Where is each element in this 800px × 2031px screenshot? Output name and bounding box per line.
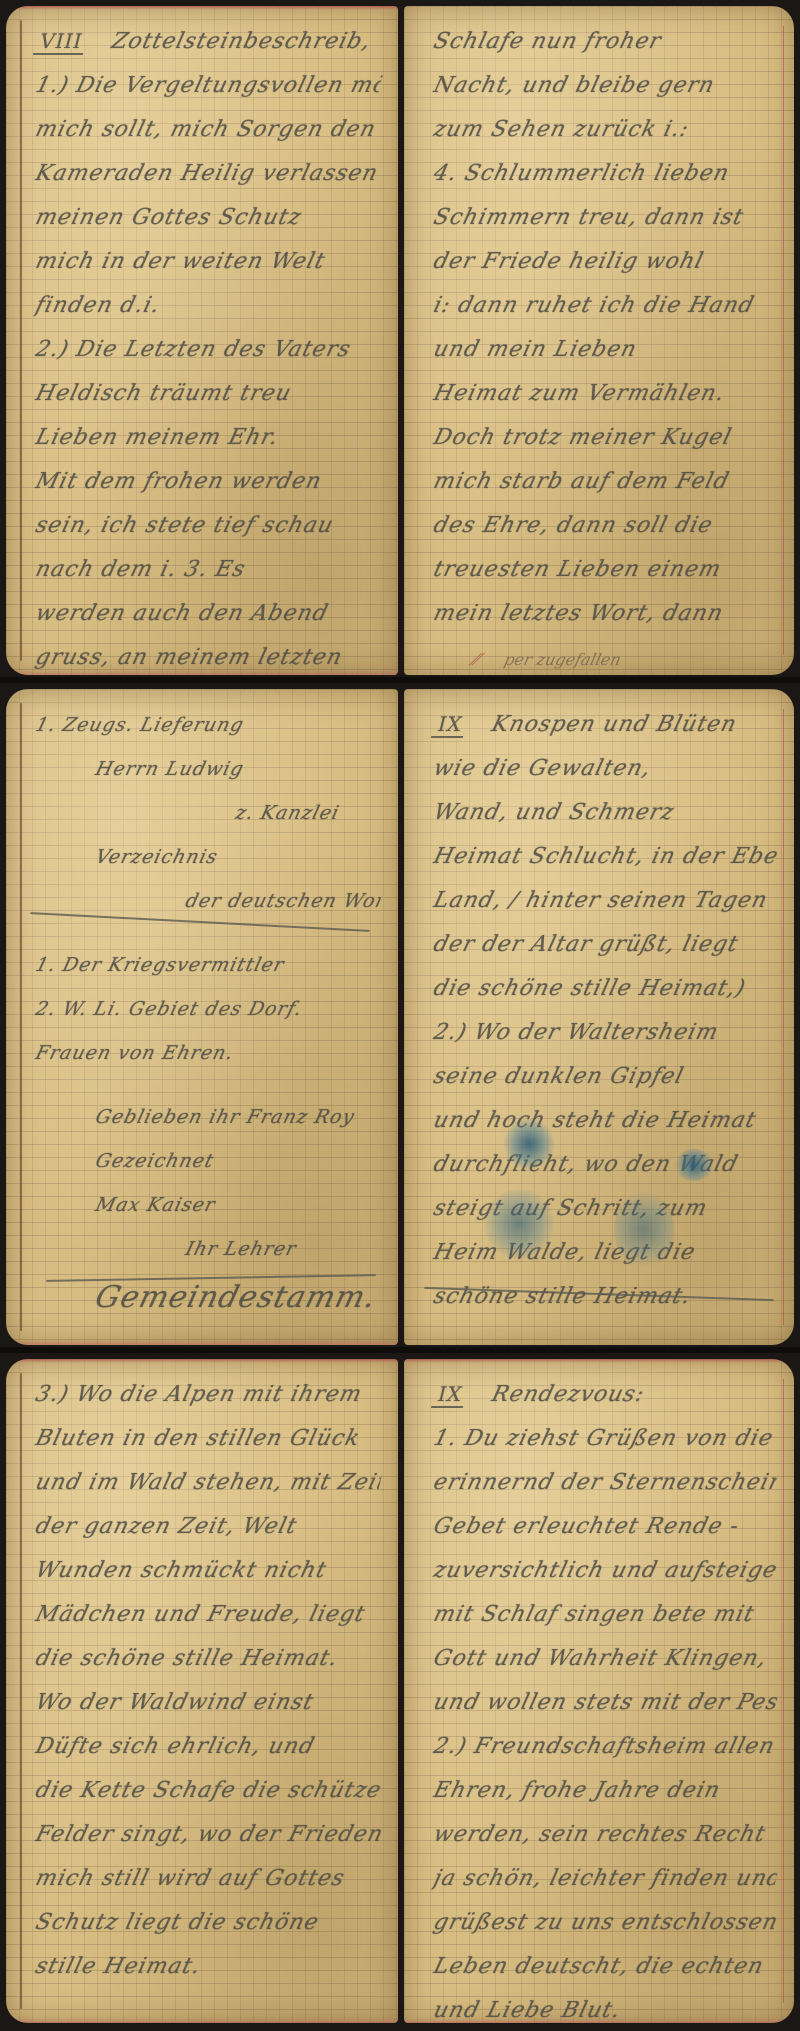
handwritten-line: Heimat zum Vermählen. (429, 372, 782, 416)
closing-line: Gezeichnet (31, 1139, 386, 1183)
handwritten-line: Gebet erleuchtet Rende - (429, 1505, 782, 1549)
handwritten-line: werden auch den Abend (31, 592, 386, 636)
handwritten-line: zuversichtlich und aufsteigen (429, 1549, 782, 1593)
section-numeral: VIII (33, 29, 90, 55)
handwritten-line: mich starb auf dem Feld (429, 460, 782, 504)
handwritten-line: 1.) Die Vergeltungsvollen mögen (31, 64, 386, 108)
handwritten-line: die Kette Schafe die schützen (31, 1769, 386, 1813)
handwritten-line: Kameraden Heilig verlassen (31, 152, 386, 196)
ink-stain (484, 1189, 554, 1259)
section-heading: VIII Zottelsteinbeschreib, (31, 20, 386, 64)
handwritten-line: i: dann ruhet ich die Hand (429, 284, 782, 328)
handwritten-text-block: 3.) Wo die Alpen mit ihrem Bluten in den… (36, 1373, 380, 1989)
notebook-spread-1: VIII Zottelsteinbeschreib, 1.) Die Verge… (0, 0, 800, 683)
handwritten-line: der ganzen Zeit, Welt (31, 1505, 386, 1549)
ink-stain (674, 1149, 714, 1181)
closing-line: Ihr Lehrer (31, 1227, 386, 1271)
page-top-edge (404, 1359, 794, 1363)
handwritten-line: Gott und Wahrheit Klingen, (429, 1637, 782, 1681)
handwritten-line: mich sollt, mich Sorgen den (31, 108, 386, 152)
handwritten-line: z. Kanzlei (31, 791, 386, 835)
closing-line: Max Kaiser (31, 1183, 386, 1227)
numbered-item: 2. W. Li. Gebiet des Dorf. (31, 987, 386, 1031)
heading-text: Knospen und Blüten (489, 712, 739, 737)
handwritten-line: 2.) Die Letzten des Vaters (31, 328, 386, 372)
section-numeral: IX (431, 1382, 470, 1408)
handwritten-line: 1. Zeugs. Lieferung (31, 703, 386, 747)
handwritten-line: Bluten in den stillen Glück (31, 1417, 386, 1461)
handwritten-line: Lieben meinem Ehr. (31, 416, 386, 460)
section-heading: IX Rendezvous: (429, 1373, 782, 1417)
handwritten-line: der Friede heilig wohl (429, 240, 782, 284)
handwritten-line: steigt auf Schritt, zum (429, 1187, 782, 1231)
ink-stain (504, 1119, 554, 1169)
handwritten-line: Nacht, und bleibe gern (429, 64, 782, 108)
spread-1-right-page: Schlafe nun froher Nacht, und bleibe ger… (404, 6, 794, 675)
handwritten-line: erinnernd der Sternenschein, (429, 1461, 782, 1505)
handwritten-line: Wunden schmückt nicht (31, 1549, 386, 1593)
handwritten-line: und im Wald stehen, mit Zeit (31, 1461, 386, 1505)
numbered-item: 1. Der Kriegsvermittler (31, 943, 386, 987)
handwritten-line: und mein Lieben (429, 328, 782, 372)
handwritten-line: werden, sein rechtes Recht (429, 1813, 782, 1857)
handwritten-line: des Ehre, dann soll die (429, 504, 782, 548)
handwritten-line: Düfte sich ehrlich, und (31, 1725, 386, 1769)
handwritten-line: 2.) Wo der Waltersheim (429, 1011, 782, 1055)
handwritten-line: 4. Schlummerlich lieben (429, 152, 782, 196)
handwritten-line: Mädchen und Freude, liegt (31, 1593, 386, 1637)
handwritten-line: Heim Walde, liegt die (429, 1231, 782, 1275)
handwritten-line: seine dunklen Gipfel (429, 1055, 782, 1099)
handwritten-line: Schutz liegt die schöne (31, 1901, 386, 1945)
footer-scrawl: ⁄⁄ per zugefallen (472, 650, 624, 669)
spread-2-right-page: IX Knospen und Blüten wie die Gewalten, … (404, 689, 794, 1345)
handwritten-line: Doch trotz meiner Kugel (429, 416, 782, 460)
handwritten-line: Heimat Schlucht, in der Ebene (429, 835, 782, 879)
handwritten-text-block: IX Rendezvous: 1. Du ziehst Grüßen von d… (434, 1373, 776, 2023)
closing-line: Geblieben ihr Franz Roy (31, 1095, 386, 1139)
page-bottom-edge (6, 1340, 398, 1345)
handwritten-line: Herrn Ludwig (31, 747, 386, 791)
handwritten-line: mit Schlaf singen bete mit (429, 1593, 782, 1637)
red-pencil-mark: ⁄⁄ (472, 650, 482, 669)
handwritten-line: Felder singt, wo der Frieden (31, 1813, 386, 1857)
spacer (34, 1075, 383, 1095)
handwritten-line: meinen Gottes Schutz (31, 196, 386, 240)
page-bottom-edge (6, 2018, 398, 2023)
handwritten-line: Mit dem frohen werden (31, 460, 386, 504)
handwritten-text-block: 1. Zeugs. Lieferung Herrn Ludwig z. Kanz… (36, 703, 380, 1325)
handwritten-line: Schlafe nun froher (429, 20, 782, 64)
ink-stain (614, 1189, 674, 1269)
handwritten-line: 1. Du ziehst Grüßen von die Gnaden, (429, 1417, 782, 1461)
handwritten-text-block: Schlafe nun froher Nacht, und bleibe ger… (434, 20, 776, 636)
footer-text: per zugefallen (502, 650, 623, 669)
numbered-item: Frauen von Ehren. (31, 1031, 386, 1075)
handwritten-line: Wand, und Schmerz (429, 791, 782, 835)
handwritten-line: 2.) Freundschaftsheim allen (429, 1725, 782, 1769)
handwritten-line: und hoch steht die Heimat (429, 1099, 782, 1143)
handwritten-line: finden d.i. (31, 284, 386, 328)
page-bottom-edge (6, 670, 398, 675)
handwritten-line: stille Heimat. (31, 1945, 386, 1989)
handwritten-line: 3.) Wo die Alpen mit ihrem (31, 1373, 386, 1417)
handwritten-line: mein letztes Wort, dann (429, 592, 782, 636)
handwritten-line: treuesten Lieben einem (429, 548, 782, 592)
handwritten-line: der der Altar grüßt, liegt (429, 923, 782, 967)
handwritten-line: mich in der weiten Welt (31, 240, 386, 284)
heading-text: Rendezvous: (489, 1382, 647, 1407)
spread-3-left-page: 3.) Wo die Alpen mit ihrem Bluten in den… (6, 1359, 398, 2023)
handwritten-line: sein, ich stete tief schau (31, 504, 386, 548)
page-top-edge (6, 1359, 398, 1363)
handwritten-line: Ehren, frohe Jahre dein (429, 1769, 782, 1813)
handwritten-line: Verzeichnis (31, 835, 386, 879)
section-numeral: IX (431, 712, 470, 738)
heading-text: Zottelsteinbeschreib, (109, 29, 373, 54)
spread-3-right-page: IX Rendezvous: 1. Du ziehst Grüßen von d… (404, 1359, 794, 2023)
handwritten-line: mich still wird auf Gottes (31, 1857, 386, 1901)
handwritten-line: Leben deutscht, die echten (429, 1945, 782, 1989)
page-top-edge (6, 6, 398, 10)
page-bottom-edge (404, 2018, 794, 2023)
section-heading: IX Knospen und Blüten (429, 703, 782, 747)
spread-2-left-page: 1. Zeugs. Lieferung Herrn Ludwig z. Kanz… (6, 689, 398, 1345)
handwritten-line: Wo der Waldwind einst (31, 1681, 386, 1725)
spread-1-left-page: VIII Zottelsteinbeschreib, 1.) Die Verge… (6, 6, 398, 675)
handwritten-line: Land, / hinter seinen Tagen (429, 879, 782, 923)
handwritten-line: Heldisch träumt treu (31, 372, 386, 416)
handwritten-line: Schimmern treu, dann ist (429, 196, 782, 240)
handwritten-line: die schöne stille Heimat,) (429, 967, 782, 1011)
spacer (34, 923, 383, 943)
handwritten-line: nach dem i. 3. Es (31, 548, 386, 592)
notebook-spread-3: 3.) Wo die Alpen mit ihrem Bluten in den… (0, 1353, 800, 2031)
handwritten-line: wie die Gewalten, (429, 747, 782, 791)
handwritten-line: und wollen stets mit der Pest. (429, 1681, 782, 1725)
handwritten-line: grüßest zu uns entschlossen (429, 1901, 782, 1945)
handwritten-line: durchflieht, wo den Wald (429, 1143, 782, 1187)
handwritten-line: die schöne stille Heimat. (31, 1637, 386, 1681)
handwritten-line: ja schön, leichter finden und (429, 1857, 782, 1901)
notebook-spread-2: 1. Zeugs. Lieferung Herrn Ludwig z. Kanz… (0, 683, 800, 1353)
handwritten-line: zum Sehen zurück i.: (429, 108, 782, 152)
handwritten-text-block: VIII Zottelsteinbeschreib, 1.) Die Verge… (36, 20, 380, 675)
